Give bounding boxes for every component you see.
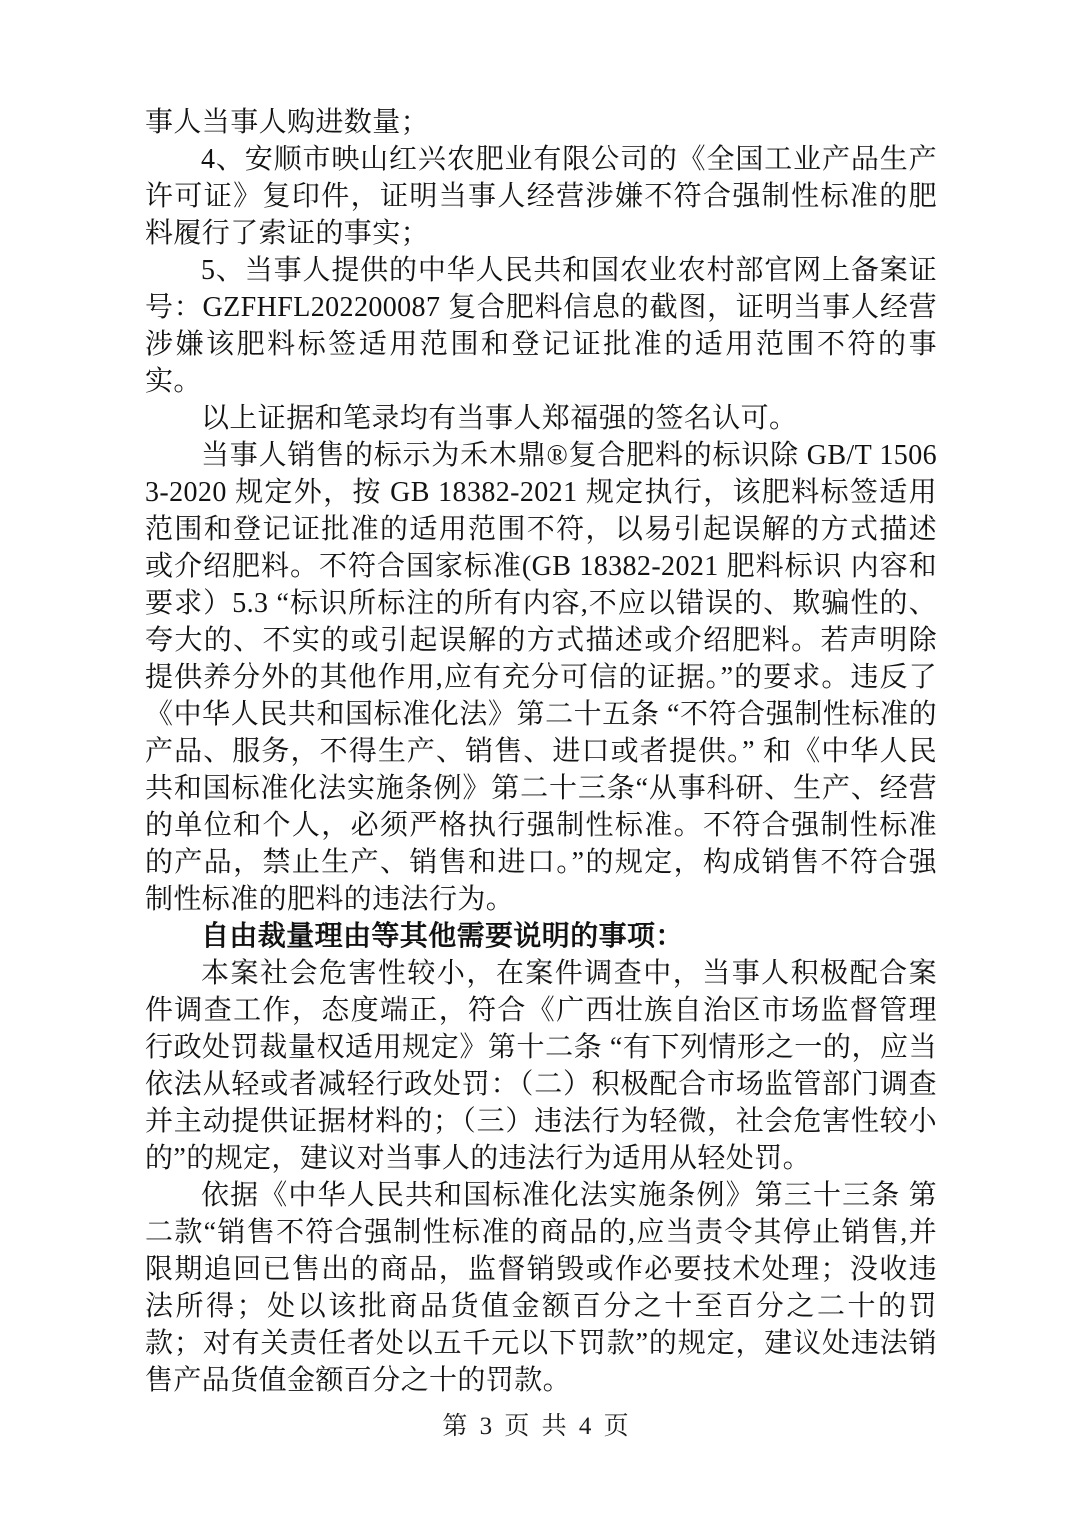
paragraph: 5、当事人提供的中华人民共和国农业农村部官网上备案证号：GZFHFL202200…	[145, 252, 937, 400]
page-number-footer: 第 3 页 共 4 页	[0, 1406, 1074, 1442]
paragraph: 当事人销售的标示为禾木鼎®复合肥料的标识除 GB/T 15063-2020 规定…	[145, 437, 937, 918]
paragraph: 事人当事人购进数量；	[145, 104, 937, 141]
paragraph: 依据《中华人民共和国标准化法实施条例》第三十三条 第二款“销售不符合强制性标准的…	[145, 1177, 937, 1399]
paragraph: 4、安顺市映山红兴农肥业有限公司的《全国工业产品生产许可证》复印件，证明当事人经…	[145, 141, 937, 252]
document-body: 事人当事人购进数量；4、安顺市映山红兴农肥业有限公司的《全国工业产品生产许可证》…	[145, 104, 937, 1399]
paragraph: 以上证据和笔录均有当事人郑福强的签名认可。	[145, 400, 937, 437]
paragraph: 本案社会危害性较小，在案件调查中，当事人积极配合案件调查工作，态度端正，符合《广…	[145, 955, 937, 1177]
document-page: 事人当事人购进数量；4、安顺市映山红兴农肥业有限公司的《全国工业产品生产许可证》…	[0, 0, 1074, 1520]
section-heading: 自由裁量理由等其他需要说明的事项：	[145, 918, 937, 955]
